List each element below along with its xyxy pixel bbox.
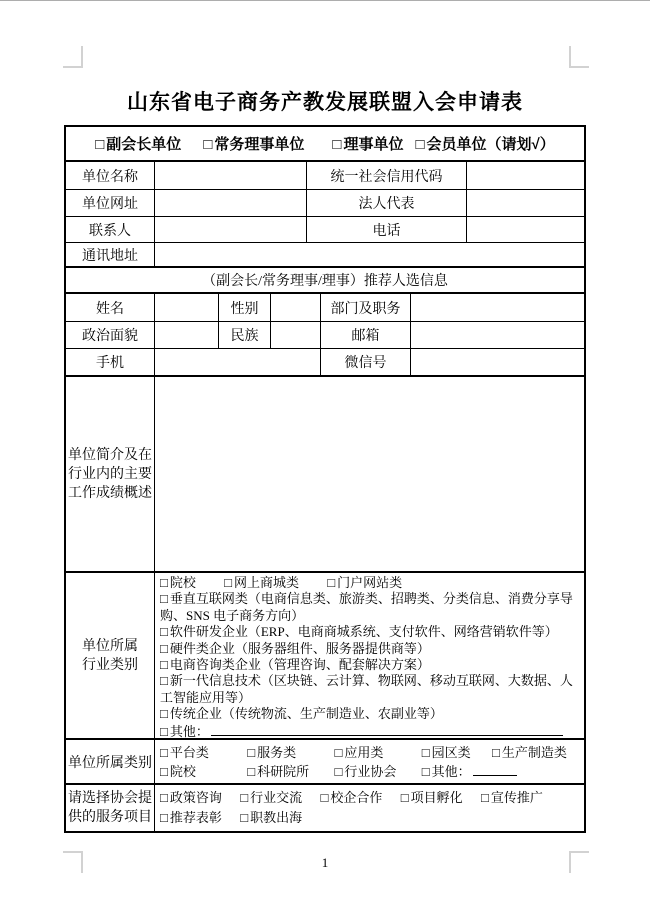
services-options-line2: □推荐表彰 □职教出海 (160, 808, 302, 828)
industry-option-portal-site[interactable]: □门户网站类 (327, 575, 402, 590)
checkbox-icon: □ (224, 575, 232, 590)
checkbox-icon: □ (95, 136, 104, 153)
gender-label: 性别 (218, 294, 270, 321)
contact-person-label: 联系人 (66, 216, 154, 242)
wechat-label: 微信号 (320, 348, 410, 375)
checkbox-icon: □ (247, 745, 255, 760)
membership-option-member[interactable]: □会员单位（请划√） (415, 133, 554, 154)
industry-option-hardware[interactable]: □硬件类企业（服务器组件、服务器提供商等） (160, 641, 579, 657)
ethnicity-input[interactable] (270, 321, 320, 348)
unit-type-option-label: 服务类 (257, 745, 296, 760)
membership-option-label: 会员单位（请划√） (427, 136, 555, 153)
industry-option-other-row: □其他： (160, 723, 579, 738)
legal-representative-label: 法人代表 (306, 189, 466, 216)
service-option-label: 职教出海 (250, 810, 302, 825)
unit-type-option-platform[interactable]: □平台类 (160, 743, 244, 762)
margin-mark-top-right-icon (569, 46, 589, 68)
legal-representative-input[interactable] (466, 189, 584, 216)
unit-type-option-label: 生产制造类 (502, 745, 567, 760)
department-title-label: 部门及职务 (320, 294, 410, 321)
checkbox-icon: □ (160, 673, 168, 688)
industry-category-label-line: 行业类别 (82, 656, 138, 675)
unit-type-option-service[interactable]: □服务类 (247, 743, 331, 762)
mobile-input[interactable] (154, 348, 320, 375)
industry-option-label: 硬件类企业（服务器组件、服务器提供商等） (170, 641, 430, 656)
unit-website-label: 单位网址 (66, 189, 154, 216)
unit-type-option-college[interactable]: □院校 (160, 762, 244, 781)
services-label-line: 供的服务项目 (68, 808, 152, 827)
service-option-project-incubation[interactable]: □项目孵化 (401, 788, 478, 808)
services-options-line1: □政策咨询 □行业交流 □校企合作 □项目孵化 □宣传推广 (160, 788, 543, 808)
page-top-edge (0, 0, 650, 1)
unit-type-other-fill-line[interactable] (473, 763, 517, 776)
checkbox-icon: □ (481, 790, 489, 805)
industry-option-software-rd[interactable]: □软件研发企业（ERP、电商商城系统、支付软件、网络营销软件等） (160, 624, 579, 640)
industry-option-label: 门户网站类 (337, 575, 402, 590)
unit-name-input[interactable] (154, 162, 306, 189)
checkbox-icon: □ (160, 724, 168, 738)
unit-type-option-industry-association[interactable]: □行业协会 (335, 762, 419, 781)
unit-type-section: 单位所属类别 □平台类 □服务类 □应用类 □园区类 □生产制造类 □院校 □科… (66, 738, 584, 783)
unit-info-section: 单位名称 统一社会信用代码 单位网址 法人代表 联系人 电话 通讯地址 (66, 160, 584, 266)
checkbox-icon: □ (160, 706, 168, 721)
checkbox-icon: □ (160, 810, 168, 825)
membership-type-row: □副会长单位 □常务理事单位 □理事单位 □会员单位（请划√） (66, 127, 584, 160)
recommend-header-text: （副会长/常务理事/理事）推荐人选信息 (66, 268, 584, 292)
phone-label: 电话 (306, 216, 466, 242)
service-option-label: 校企合作 (330, 790, 382, 805)
industry-category-section: 单位所属 行业类别 □院校 □网上商城类 □门户网站类 □垂直互联网类（电商信息… (66, 571, 584, 738)
unit-type-option-other[interactable]: □其他： (422, 764, 471, 779)
unit-type-option-label: 应用类 (344, 745, 383, 760)
phone-input[interactable] (466, 216, 584, 242)
unit-type-option-label: 科研院所 (257, 764, 309, 779)
checkbox-icon: □ (321, 790, 329, 805)
service-option-industry-exchange[interactable]: □行业交流 (240, 788, 317, 808)
credit-code-label: 统一社会信用代码 (306, 162, 466, 189)
application-form-table: □副会长单位 □常务理事单位 □理事单位 □会员单位（请划√） 单位名称 统一社… (64, 125, 586, 833)
industry-option-label: 院校 (170, 575, 196, 590)
unit-profile-input[interactable] (154, 377, 584, 571)
checkbox-icon: □ (332, 136, 341, 153)
document-page: 山东省电子商务产教发展联盟入会申请表 □副会长单位 □常务理事单位 □理事单位 … (0, 0, 650, 910)
membership-option-executive-director[interactable]: □常务理事单位 (203, 133, 304, 154)
name-input[interactable] (154, 294, 218, 321)
industry-options-line1: □院校 □网上商城类 □门户网站类 (160, 575, 579, 591)
services-label-line: 请选择协会提 (68, 789, 152, 808)
unit-name-label: 单位名称 (66, 162, 154, 189)
checkbox-icon: □ (160, 764, 168, 779)
industry-option-vertical-internet[interactable]: □垂直互联网类（电商信息类、旅游类、招聘类、分类信息、消费分享导购、SNS 电子… (160, 591, 579, 624)
unit-profile-section: 单位简介及在 行业内的主要 工作成绩概述 (66, 375, 584, 571)
service-option-label: 项目孵化 (411, 790, 463, 805)
checkbox-icon: □ (160, 641, 168, 656)
services-section: 请选择协会提 供的服务项目 □政策咨询 □行业交流 □校企合作 □项目孵化 □宣… (66, 783, 584, 831)
industry-option-other[interactable]: □其他： (160, 724, 209, 738)
checkbox-icon: □ (327, 575, 335, 590)
unit-type-option-label: 院校 (170, 764, 196, 779)
form-title: 山东省电子商务产教发展联盟入会申请表 (0, 86, 650, 116)
industry-option-label: 新一代信息技术（区块链、云计算、物联网、移动互联网、大数据、人工智能应用等） (160, 673, 573, 704)
industry-options: □院校 □网上商城类 □门户网站类 □垂直互联网类（电商信息类、旅游类、招聘类、… (154, 573, 584, 738)
membership-type-options: □副会长单位 □常务理事单位 □理事单位 □会员单位（请划√） (66, 127, 584, 160)
membership-option-director[interactable]: □理事单位 (332, 133, 403, 154)
checkbox-icon: □ (160, 745, 168, 760)
unit-website-input[interactable] (154, 189, 306, 216)
service-option-label: 政策咨询 (170, 790, 222, 805)
industry-option-label: 电商咨询类企业（管理咨询、配套解决方案） (170, 657, 430, 672)
recommend-header-row: （副会长/常务理事/理事）推荐人选信息 (66, 266, 584, 292)
contact-person-input[interactable] (154, 216, 306, 242)
service-option-recommendation-award[interactable]: □推荐表彰 (160, 808, 237, 828)
unit-type-options-line1: □平台类 □服务类 □应用类 □园区类 □生产制造类 (160, 743, 567, 762)
checkbox-icon: □ (160, 624, 168, 639)
industry-option-online-mall[interactable]: □网上商城类 (224, 575, 299, 590)
industry-category-label: 单位所属 行业类别 (66, 573, 154, 738)
mailing-address-label: 通讯地址 (66, 242, 154, 266)
checkbox-icon: □ (240, 810, 248, 825)
checkbox-icon: □ (422, 764, 430, 779)
service-option-school-enterprise[interactable]: □校企合作 (321, 788, 398, 808)
industry-category-label-line: 单位所属 (82, 637, 138, 656)
wechat-input[interactable] (410, 348, 584, 375)
membership-option-label: 理事单位 (343, 136, 403, 153)
unit-type-option-label: 园区类 (432, 745, 471, 760)
checkbox-icon: □ (492, 745, 500, 760)
industry-other-fill-line[interactable] (211, 723, 563, 736)
services-options: □政策咨询 □行业交流 □校企合作 □项目孵化 □宣传推广 □推荐表彰 □职教出… (154, 785, 584, 831)
unit-type-option-label: 平台类 (170, 745, 209, 760)
unit-profile-label-line: 工作成绩概述 (68, 484, 152, 503)
mailing-address-input[interactable] (154, 242, 584, 266)
ethnicity-label: 民族 (218, 321, 270, 348)
checkbox-icon: □ (160, 657, 168, 672)
service-option-policy-consulting[interactable]: □政策咨询 (160, 788, 237, 808)
industry-option-label: 网上商城类 (234, 575, 299, 590)
political-status-input[interactable] (154, 321, 218, 348)
email-label: 邮箱 (320, 321, 410, 348)
service-option-label: 宣传推广 (491, 790, 543, 805)
membership-option-label: 常务理事单位 (214, 136, 304, 153)
page-number: 1 (0, 855, 650, 871)
checkbox-icon: □ (203, 136, 212, 153)
checkbox-icon: □ (247, 764, 255, 779)
membership-option-label: 副会长单位 (106, 136, 181, 153)
unit-type-option-manufacturing[interactable]: □生产制造类 (492, 745, 567, 760)
margin-mark-top-left-icon (63, 46, 83, 68)
unit-profile-label-line: 行业内的主要 (68, 465, 152, 484)
checkbox-icon: □ (160, 790, 168, 805)
unit-type-option-park[interactable]: □园区类 (422, 743, 489, 762)
service-option-label: 推荐表彰 (170, 810, 222, 825)
industry-option-traditional[interactable]: □传统企业（传统物流、生产制造业、农副业等） (160, 706, 579, 722)
gender-input[interactable] (270, 294, 320, 321)
industry-option-ecommerce-consulting[interactable]: □电商咨询类企业（管理咨询、配套解决方案） (160, 657, 579, 673)
industry-option-label: 传统企业（传统物流、生产制造业、农副业等） (170, 706, 443, 721)
department-title-input[interactable] (410, 294, 584, 321)
checkbox-icon: □ (160, 591, 168, 606)
industry-option-label: 其他： (170, 724, 209, 738)
service-option-publicity[interactable]: □宣传推广 (481, 790, 543, 805)
credit-code-input[interactable] (466, 162, 584, 189)
checkbox-icon: □ (401, 790, 409, 805)
mobile-label: 手机 (66, 348, 154, 375)
industry-option-new-it[interactable]: □新一代信息技术（区块链、云计算、物联网、移动互联网、大数据、人工智能应用等） (160, 673, 579, 706)
unit-type-option-label: 行业协会 (344, 764, 396, 779)
service-option-label: 行业交流 (250, 790, 302, 805)
industry-option-label: 软件研发企业（ERP、电商商城系统、支付软件、网络营销软件等） (170, 624, 558, 639)
person-info-section: 姓名 性别 部门及职务 政治面貌 民族 邮箱 手机 微信号 (66, 292, 584, 375)
checkbox-icon: □ (422, 745, 430, 760)
unit-type-label: 单位所属类别 (66, 740, 154, 783)
industry-option-label: 垂直互联网类（电商信息类、旅游类、招聘类、分类信息、消费分享导购、SNS 电子商… (160, 591, 573, 622)
membership-option-vice-president[interactable]: □副会长单位 (95, 133, 181, 154)
email-input[interactable] (410, 321, 584, 348)
checkbox-icon: □ (335, 745, 343, 760)
unit-type-options-line2: □院校 □科研院所 □行业协会 □其他： (160, 762, 517, 781)
unit-profile-label-line: 单位简介及在 (68, 446, 152, 465)
unit-type-option-label: 其他： (432, 764, 471, 779)
service-option-vocational-education-abroad[interactable]: □职教出海 (240, 810, 302, 825)
unit-type-option-application[interactable]: □应用类 (335, 743, 419, 762)
checkbox-icon: □ (415, 136, 424, 153)
unit-type-options: □平台类 □服务类 □应用类 □园区类 □生产制造类 □院校 □科研院所 □行业… (154, 740, 584, 783)
name-label: 姓名 (66, 294, 154, 321)
political-status-label: 政治面貌 (66, 321, 154, 348)
checkbox-icon: □ (160, 575, 168, 590)
checkbox-icon: □ (335, 764, 343, 779)
unit-type-option-research-institute[interactable]: □科研院所 (247, 762, 331, 781)
checkbox-icon: □ (240, 790, 248, 805)
services-label: 请选择协会提 供的服务项目 (66, 785, 154, 831)
unit-profile-label: 单位简介及在 行业内的主要 工作成绩概述 (66, 377, 154, 571)
industry-option-college[interactable]: □院校 (160, 575, 196, 590)
